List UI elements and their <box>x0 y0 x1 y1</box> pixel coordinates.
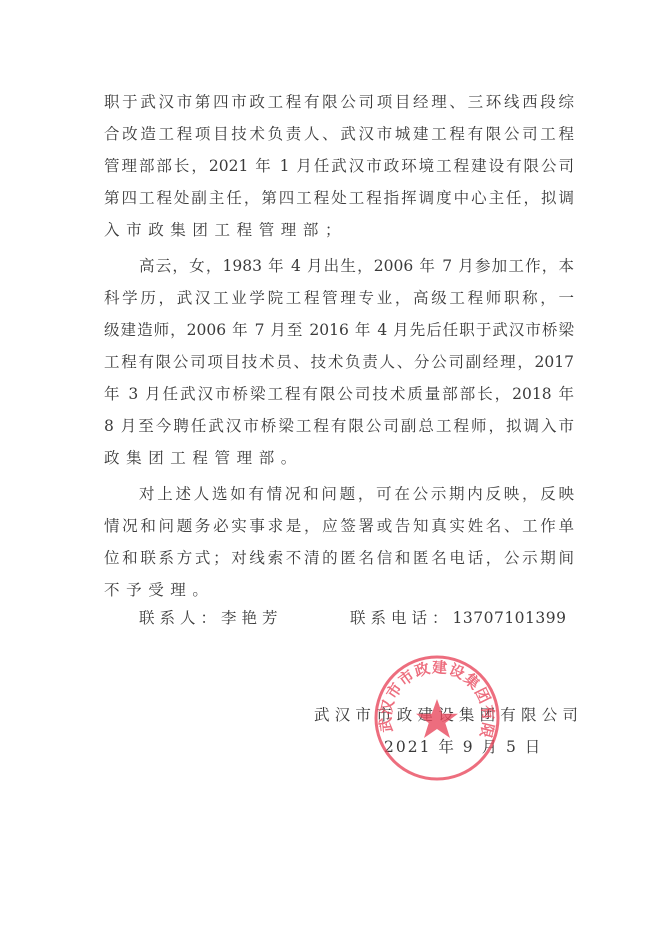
paragraph-2-line-5: 年 3 月任武汉市桥梁工程有限公司技术质量部部长，2018 年 <box>104 384 574 404</box>
signature-date: 2021 年 9 月 5 日 <box>384 735 542 757</box>
document-page: 职于武汉市第四市政工程有限公司项目经理、三环线西段综 合改造工程项目技术负责人、… <box>0 0 656 928</box>
paragraph-1-line-5: 入市政集团工程管理部； <box>104 220 574 240</box>
paragraph-3-line-3: 位和联系方式；对线索不清的匿名信和匿名电话，公示期间 <box>104 548 574 568</box>
contact-phone: 联系电话：13707101399 <box>350 606 567 628</box>
paragraph-1-line-3: 管理部部长，2021 年 1 月任武汉市政环境工程建设有限公司 <box>104 156 574 176</box>
signature-organization: 武汉市市政建设集团有限公司 <box>314 703 583 725</box>
contact-person-name: 李艳芳 <box>221 609 283 627</box>
paragraph-1-line-2: 合改造工程项目技术负责人、武汉市城建工程有限公司工程 <box>104 124 574 144</box>
paragraph-2-line-3: 级建造师，2006 年 7 月至 2016 年 4 月先后任职于武汉市桥梁 <box>104 320 574 340</box>
contact-phone-number: 13707101399 <box>453 609 567 627</box>
paragraph-3-line-2: 情况和问题务必实事求是，应签署或告知真实姓名、工作单 <box>104 516 574 536</box>
paragraph-2-line-7: 政集团工程管理部。 <box>104 448 574 468</box>
paragraph-3-line-1: 对上述人选如有情况和问题，可在公示期内反映，反映 <box>139 484 574 504</box>
paragraph-3-line-4: 不予受理。 <box>104 580 574 600</box>
contact-phone-label: 联系电话： <box>350 609 453 627</box>
contact-person-label: 联系人： <box>139 609 221 627</box>
paragraph-2-line-2: 科学历，武汉工业学院工程管理专业，高级工程师职称，一 <box>104 288 574 308</box>
paragraph-2-line-1: 高云，女，1983 年 4 月出生，2006 年 7 月参加工作，本 <box>139 256 574 276</box>
paragraph-2-line-6: 8 月至今聘任武汉市桥梁工程有限公司副总工程师，拟调入市 <box>104 416 574 436</box>
paragraph-1-line-4: 第四工程处副主任，第四工程处工程指挥调度中心主任，拟调 <box>104 188 574 208</box>
paragraph-2-line-4: 工程有限公司项目技术员、技术负责人、分公司副经理，2017 <box>104 352 574 372</box>
contact-person: 联系人：李艳芳 <box>139 606 283 628</box>
paragraph-1-line-1: 职于武汉市第四市政工程有限公司项目经理、三环线西段综 <box>104 92 574 112</box>
svg-text:武汉市市政建设集团有限公司: 武汉市市政建设集团有限公司 <box>372 653 498 741</box>
